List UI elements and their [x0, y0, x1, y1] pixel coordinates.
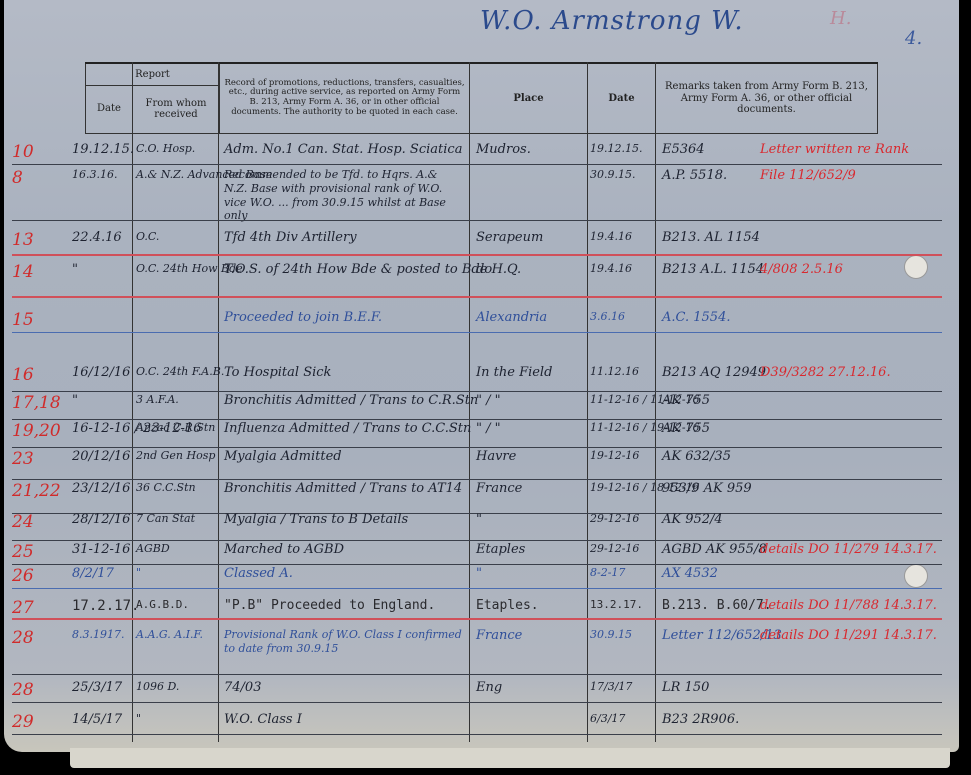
entry-from: 36 C.C.Stn [136, 481, 196, 494]
entry-date2: 30.9.15 [590, 628, 632, 641]
entry-date: 20/12/16 [72, 449, 130, 464]
entry-record: Bronchitis Admitted / Trans to AT14 [224, 481, 462, 496]
entry-place: France [476, 628, 522, 643]
header-remarks: Remarks taken from Army Form B. 213, Arm… [656, 63, 878, 133]
entry-date: 23/12/16 [72, 481, 130, 496]
entry-place: " [476, 512, 482, 527]
entry-number: 28 [12, 680, 34, 700]
entry-from: 7 Can Stat [136, 512, 195, 525]
entry-place: In the Field [476, 365, 552, 380]
entry-annotation: details DO 11/279 14.3.17. [760, 542, 937, 557]
entry-remarks: B213. AL 1154 [662, 230, 760, 245]
soldier-name: W.O. Armstrong W. [480, 6, 744, 36]
row-rule [12, 674, 942, 675]
entry-date2: 29-12-16 [590, 512, 639, 525]
entry-from: Anzac C.R.Stn [136, 421, 215, 434]
entry-record: Bronchitis Admitted / Trans to C.R.Stn [224, 393, 478, 408]
entry-date: 31-12-16 [72, 542, 130, 557]
entry-place: Etaples. [476, 598, 539, 613]
entry-date: 16/12/16 [72, 365, 130, 380]
header-date: Date [86, 85, 133, 133]
entry-place: " / " [476, 421, 501, 436]
entry-from: O.C. 24th F.A.B. [136, 365, 224, 378]
entry-place: do [476, 262, 492, 277]
entry-date2: 19.4.16 [590, 230, 632, 243]
entry-date2: 30.9.15. [590, 168, 635, 181]
entry-remarks: AK 952/4 [662, 512, 723, 527]
entry-from: " [136, 566, 141, 579]
entry-place: Eng [476, 680, 502, 695]
entry-number: 25 [12, 542, 34, 562]
entry-number: 15 [12, 310, 34, 330]
entry-from: C.O. Hosp. [136, 142, 195, 155]
entry-annotation: details DO 11/788 14.3.17. [760, 598, 937, 613]
entry-number: 28 [12, 628, 34, 648]
entry-number: 23 [12, 449, 34, 469]
entry-record: Proceeded to join B.E.F. [224, 310, 382, 325]
name-suffix: H. [830, 8, 851, 29]
entry-annotation: 4/808 2.5.16 [760, 262, 843, 277]
entry-record: 74/03 [224, 680, 261, 695]
row-rule [12, 254, 942, 256]
entry-remarks: B23 2R906. [662, 712, 739, 727]
entry-record: W.O. Class I [224, 712, 302, 727]
row-rule [12, 164, 942, 165]
entry-date: 16.3.16. [72, 168, 117, 181]
entry-remarks: A.C. 1554. [662, 310, 731, 325]
entry-date: " [72, 262, 78, 277]
row-rule [12, 588, 942, 589]
entry-place: " / " [476, 393, 501, 408]
entry-remarks: B213 AQ 12949 [662, 365, 766, 380]
row-rule [12, 419, 942, 420]
entry-record: Classed A. [224, 566, 293, 581]
header-report: Report [86, 63, 220, 85]
entry-number: 14 [12, 262, 34, 282]
row-rule [12, 391, 942, 392]
entry-place: Etaples [476, 542, 525, 557]
entry-remarks: AK 632/35 [662, 449, 731, 464]
entry-date2: 11.12.16 [590, 365, 639, 378]
entry-date: 8/2/17 [72, 566, 114, 581]
row-rule [12, 332, 942, 333]
entry-from: A.G.B.D. [136, 598, 189, 611]
row-rule [12, 702, 942, 703]
entry-date: 19.12.15. [72, 142, 134, 157]
entry-place: Havre [476, 449, 516, 464]
row-rule [12, 734, 942, 735]
punch-hole [904, 255, 928, 279]
entry-date: " [72, 393, 78, 408]
header-from: From whom received [133, 85, 220, 133]
entry-date2: 13.2.17. [590, 598, 643, 611]
entry-number: 17,18 [12, 393, 61, 413]
entry-place: Alexandria [476, 310, 547, 325]
header-place: Place [470, 63, 588, 133]
entry-record: To Hospital Sick [224, 365, 331, 380]
entry-record: Myalgia / Trans to B Details [224, 512, 408, 527]
entry-number: 24 [12, 512, 34, 532]
entry-annotation: D39/3282 27.12.16. [760, 365, 891, 380]
entry-number: 27 [12, 598, 34, 618]
row-rule [12, 447, 942, 448]
entry-annotation: File 112/652/9 [760, 168, 856, 183]
row-rule [12, 540, 942, 541]
row-rule [12, 479, 942, 480]
entry-remarks: B213 A.L. 1154 [662, 262, 764, 277]
entry-date: 28/12/16 [72, 512, 130, 527]
entry-record: Provisional Rank of W.O. Class I confirm… [224, 628, 464, 656]
entry-date2: 3.6.16 [590, 310, 625, 323]
entry-number: 16 [12, 365, 34, 385]
entry-place: Mudros. [476, 142, 531, 157]
entry-from: " [136, 712, 141, 725]
entry-record: Recommended to be Tfd. to Hqrs. A.& N.Z.… [224, 168, 464, 223]
entry-place: France [476, 481, 522, 496]
entry-remarks: AK 755 [662, 421, 710, 436]
entry-record: Tfd 4th Div Artillery [224, 230, 357, 245]
underlying-sheet [70, 748, 950, 768]
entry-from: 2nd Gen Hosp [136, 449, 215, 462]
row-rule [12, 618, 942, 620]
entry-annotation: Letter written re Rank [760, 142, 909, 157]
entry-date2: 17/3/17 [590, 680, 632, 693]
entry-remarks: AX 4532 [662, 566, 718, 581]
entry-number: 13 [12, 230, 34, 250]
entry-date2: 19.4.16 [590, 262, 632, 275]
entry-annotation: details DO 11/291 14.3.17. [760, 628, 937, 643]
entry-record: "P.B" Proceeded to England. [224, 598, 435, 613]
entry-from: 1096 D. [136, 680, 179, 693]
entry-remarks: B.213. B.60/7. [662, 598, 772, 613]
entry-from: AGBD [136, 542, 170, 555]
entry-remarks: AK 755 [662, 393, 710, 408]
entry-date2: 29-12-16 [590, 542, 639, 555]
entry-date2: 19.12.15. [590, 142, 642, 155]
entry-from: A.A.G. A.I.F. [136, 628, 203, 641]
entry-number: 8 [12, 168, 23, 188]
entry-date: 14/5/17 [72, 712, 122, 727]
entry-record: Adm. No.1 Can. Stat. Hosp. Sciatica [224, 142, 462, 157]
entry-number: 21,22 [12, 481, 61, 501]
row-rule [12, 220, 942, 221]
entry-number: 19,20 [12, 421, 61, 441]
entry-number: 29 [12, 712, 34, 732]
entry-date: 17.2.17. [72, 598, 139, 614]
entry-date: 22.4.16 [72, 230, 122, 245]
header-record: Record of promotions, reductions, transf… [220, 63, 470, 133]
entry-from: O.C. [136, 230, 159, 243]
row-rule [12, 564, 942, 565]
entry-number: 10 [12, 142, 34, 162]
entry-remarks: AGBD AK 955/8 [662, 542, 767, 557]
entry-remarks: E5364 [662, 142, 705, 157]
entry-place: Serapeum [476, 230, 543, 245]
entry-record: Marched to AGBD [224, 542, 344, 557]
header-date2: Date [588, 63, 656, 133]
entry-record: Influenza Admitted / Trans to C.C.Stn [224, 421, 471, 436]
entry-date2: 8-2-17 [590, 566, 625, 579]
entry-remarks: 953/9 AK 959 [662, 481, 752, 496]
corner-number: 4. [905, 28, 922, 49]
entry-from: 3 A.F.A. [136, 393, 179, 406]
row-rule [12, 296, 942, 298]
register-header: Report Record of promotions, reductions,… [85, 62, 878, 134]
punch-hole [904, 564, 928, 588]
entry-place: " [476, 566, 482, 581]
entry-date: 8.3.1917. [72, 628, 124, 641]
entry-date2: 6/3/17 [590, 712, 625, 725]
entry-date: 25/3/17 [72, 680, 122, 695]
entry-date2: 19-12-16 [590, 449, 639, 462]
entry-record: Myalgia Admitted [224, 449, 342, 464]
entry-number: 26 [12, 566, 34, 586]
entry-remarks: LR 150 [662, 680, 709, 695]
entry-remarks: A.P. 5518. [662, 168, 727, 183]
